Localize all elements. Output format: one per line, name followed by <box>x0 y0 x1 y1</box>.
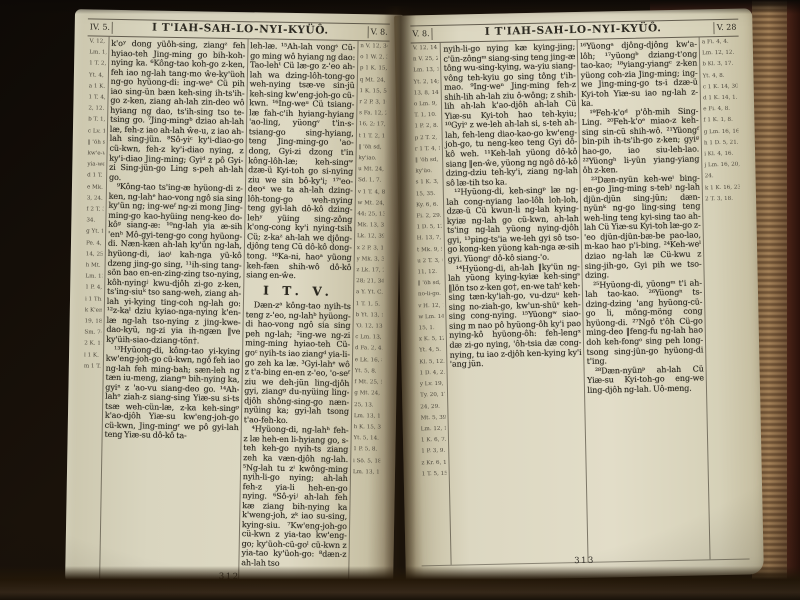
photo-vignette <box>0 0 800 600</box>
book-photo: IV. 5. I T'IAH-SAH-LO-NYI-KYÜÔ. V. 8. V.… <box>0 0 800 600</box>
